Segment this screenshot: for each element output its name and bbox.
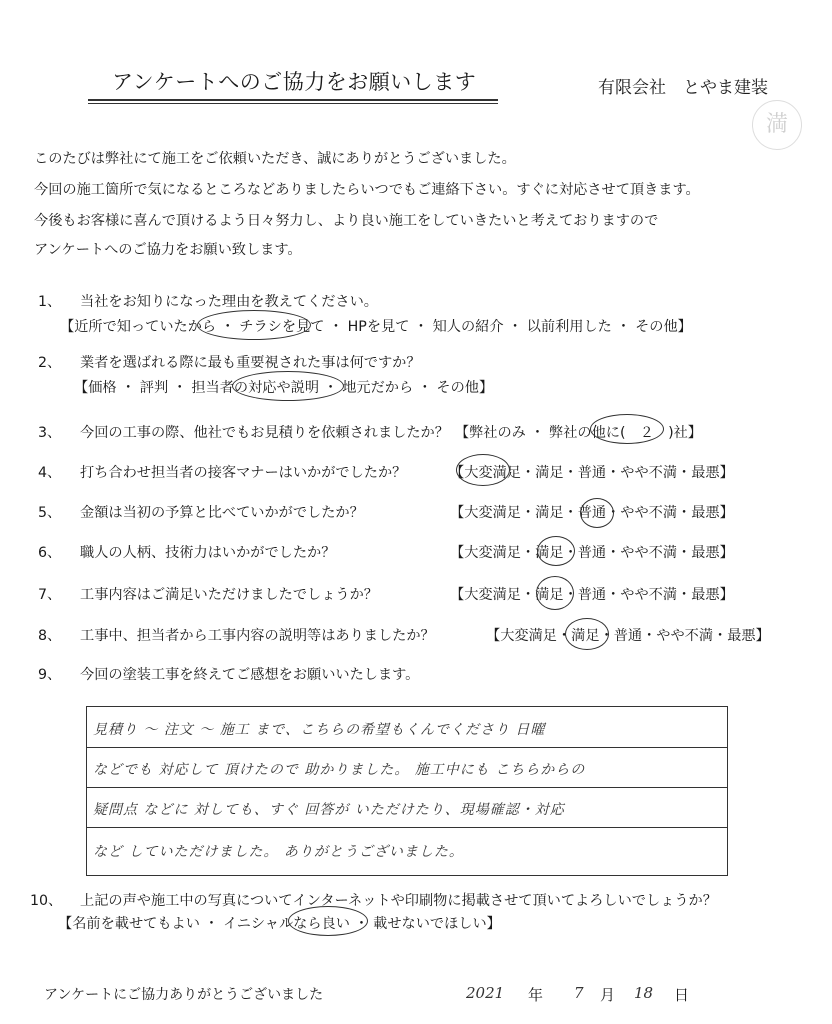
selection-circle (565, 618, 609, 650)
page-title: アンケートへのご協力をお願いします (112, 66, 476, 96)
question-number: 1、 (38, 291, 80, 311)
seal-stamp-icon: 満 (752, 100, 802, 150)
date-month-label: 月 (600, 984, 615, 1005)
question-7: 7、工事内容はご満足いただけましたでしょうか？ (38, 584, 378, 604)
selection-circle (197, 310, 311, 340)
date-year: 2021 (466, 984, 504, 1002)
question-6: 6、職人の人柄、技術力はいかがでしたか？ (38, 542, 335, 562)
date-day-label: 日 (674, 984, 689, 1005)
question-text: 金額は当初の予算と比べていかがでしたか？ (80, 505, 364, 521)
selection-circle (288, 906, 368, 936)
selection-circle (232, 371, 344, 401)
question-text: 当社をお知りになった理由を教えてください。 (80, 294, 378, 310)
ruled-line (87, 787, 727, 788)
intro-line: アンケートへのご協力をお願い致します。 (34, 239, 302, 259)
question-8-options[interactable]: 【大変満足・満足・普通・やや不満・最悪】 (486, 625, 770, 645)
question-10: 10、上記の声や施工中の写真についてインターネットや印刷物に掲載させて頂いてよろ… (30, 890, 717, 910)
intro-line: 今後もお客様に喜んで頂けるよう日々努力し、より良い施工をしていきたいと考えており… (34, 210, 658, 230)
answer-line: などでも 対応して 頂けたので 助かりました。 施工中にも こちらからの (93, 759, 585, 779)
question-text: 今回の工事の際、他社でもお見積りを依頼されましたか？ (80, 425, 449, 441)
question-text: 上記の声や施工中の写真についてインターネットや印刷物に掲載させて頂いてよろしいで… (80, 893, 717, 909)
date-day: 18 (634, 984, 653, 1002)
question-number: 5、 (38, 502, 80, 522)
title-underline (88, 99, 498, 101)
question-3-options[interactable]: 【弊社のみ ・ 弊社の他に( ２ )社】 (455, 425, 702, 441)
selection-circle (580, 498, 614, 528)
answer-line: 疑問点 などに 対しても、すぐ 回答が いただけたり、現場確認・対応 (93, 799, 565, 819)
date-month: 7 (574, 984, 584, 1002)
question-text: 工事内容はご満足いただけましたでしょうか？ (80, 587, 378, 603)
question-1: 1、当社をお知りになった理由を教えてください。 (38, 291, 378, 311)
intro-line: このたびは弊社にて施工をご依頼いただき、誠にありがとうございました。 (34, 148, 516, 168)
company-name: 有限会社 とやま建装 (598, 73, 768, 98)
question-4: 4、打ち合わせ担当者の接客マナーはいかがでしたか？ (38, 462, 406, 482)
answer-line: など していただけました。 ありがとうございました。 (93, 841, 464, 861)
selection-circle (456, 454, 510, 486)
question-5: 5、金額は当初の予算と比べていかがでしたか？ (38, 502, 364, 522)
question-text: 打ち合わせ担当者の接客マナーはいかがでしたか？ (80, 465, 406, 481)
question-number: 6、 (38, 542, 80, 562)
question-7-options[interactable]: 【大変満足・満足・普通・やや不満・最悪】 (450, 584, 734, 604)
question-10-options[interactable]: 【名前を載せてもよい ・ イニシャルなら良い ・ 載せないでほしい】 (58, 913, 501, 933)
question-9: 9、今回の塗装工事を終えてご感想をお願いいたします。 (38, 664, 419, 684)
question-number: 7、 (38, 584, 80, 604)
question-text: 業者を選ばれる際に最も重要視された事は何ですか？ (80, 355, 421, 371)
thanks-message: アンケートにご協力ありがとうございました (44, 984, 323, 1004)
ruled-line (87, 827, 727, 828)
question-text: 職人の人柄、技術力はいかがでしたか？ (80, 545, 335, 561)
question-2: 2、業者を選ばれる際に最も重要視された事は何ですか？ (38, 352, 421, 372)
title-underline-secondary (88, 103, 498, 104)
question-text: 工事中、担当者から工事内容の説明等はありましたか？ (80, 628, 435, 644)
question-number: 9、 (38, 664, 80, 684)
date-year-label: 年 (528, 984, 543, 1005)
answer-line: 見積り ～ 注文 ～ 施工 まで、こちらの希望もくんでくださり 日曜 (93, 719, 545, 739)
ruled-line (87, 747, 727, 748)
selection-circle (590, 414, 664, 444)
question-6-options[interactable]: 【大変満足・満足・普通・やや不満・最悪】 (450, 542, 734, 562)
comment-answer-box[interactable]: 見積り ～ 注文 ～ 施工 まで、こちらの希望もくんでくださり 日曜 などでも … (86, 706, 728, 876)
question-number: 8、 (38, 625, 80, 645)
question-number: 2、 (38, 352, 80, 372)
selection-circle (537, 536, 575, 566)
question-text: 今回の塗装工事を終えてご感想をお願いいたします。 (80, 667, 419, 683)
question-number: 10、 (30, 890, 80, 910)
intro-line: 今回の施工箇所で気になるところなどありましたらいつでもご連絡下さい。すぐに対応さ… (34, 179, 700, 199)
question-1-options[interactable]: 【近所で知っていたから ・ チラシを見て ・ HPを見て ・ 知人の紹介 ・ 以… (60, 316, 692, 336)
question-number: 3、 (38, 422, 80, 442)
selection-circle (536, 576, 574, 610)
question-number: 4、 (38, 462, 80, 482)
question-8: 8、工事中、担当者から工事内容の説明等はありましたか？ (38, 625, 435, 645)
